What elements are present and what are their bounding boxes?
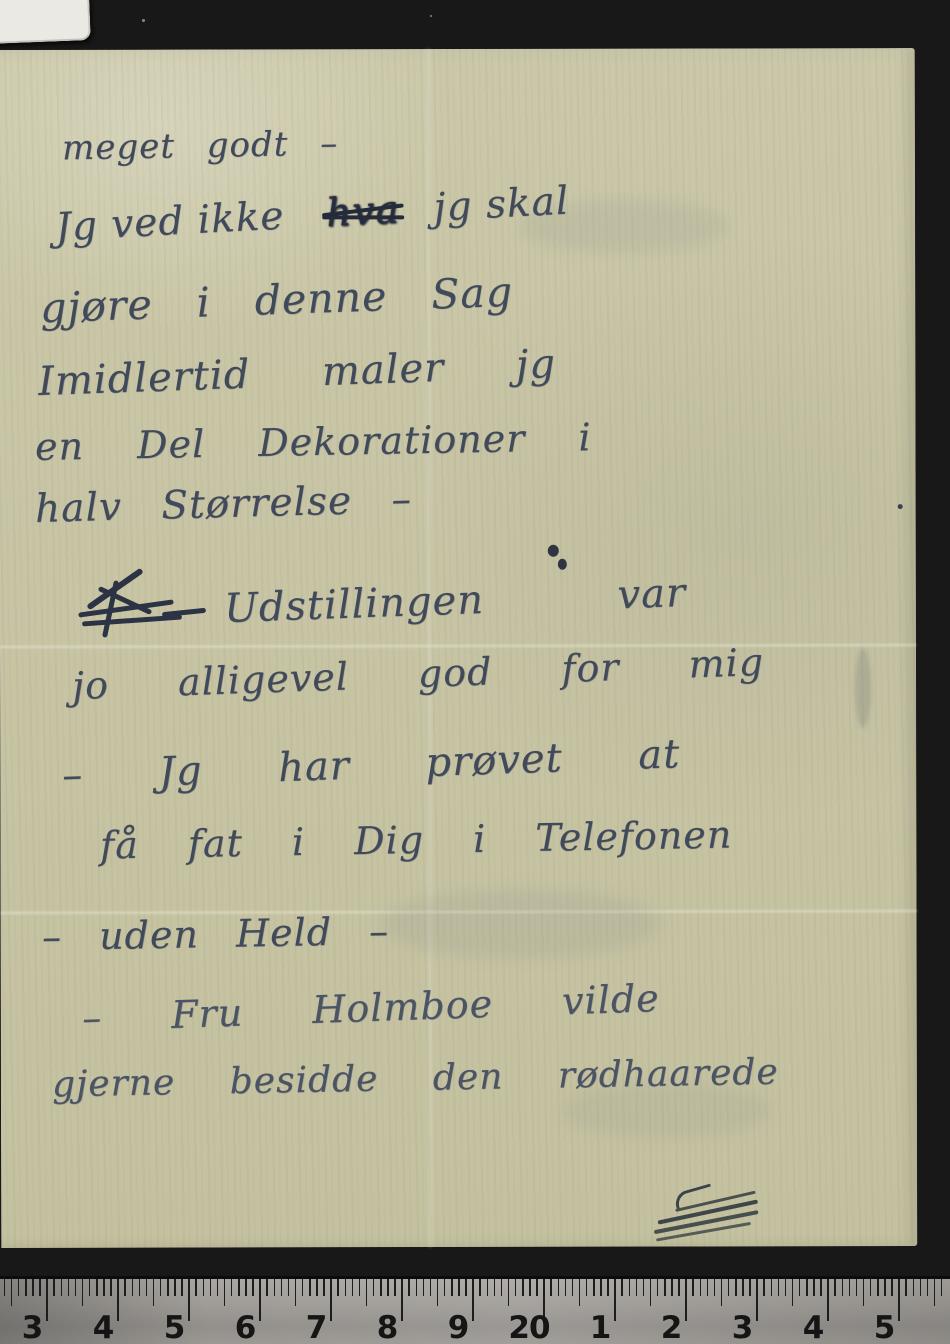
ruler-tick [799,1279,801,1296]
ruler-tick [160,1279,162,1296]
ruler-tick [53,1279,55,1296]
handwritten-text: – uden Held – [42,909,390,959]
ruler-tick [245,1279,247,1296]
ruler-tick [558,1279,560,1296]
ruler-tick [323,1279,325,1296]
ruler-tick [238,1279,240,1296]
ruler-number: 4 [803,1310,824,1344]
ruler-tick [614,1279,616,1321]
ruler-tick [465,1279,467,1296]
ruler-number: 7 [306,1310,327,1344]
ruler-tick [607,1279,609,1296]
ruler-tick [664,1279,666,1296]
ruler-tick [792,1279,794,1306]
ruler-tick [46,1279,48,1321]
ruler-tick [891,1279,893,1296]
ruler-tick [281,1279,283,1296]
ruler-number: 4 [93,1310,114,1344]
ruler-tick [763,1279,765,1296]
ruler-tick [416,1279,418,1296]
ruler-number: 9 [448,1310,469,1344]
ruler-tick [593,1279,595,1296]
ruler-tick [508,1279,510,1306]
ruler-tick [167,1279,169,1296]
ruler-tick [89,1279,91,1296]
ruler-tick [408,1279,410,1296]
ruler-number: 3 [22,1310,43,1344]
ruler-tick [259,1279,261,1321]
ruler-tick [700,1279,702,1296]
ruler-tick [188,1279,190,1321]
ruler-tick [735,1279,737,1296]
ruler-tick [884,1279,886,1296]
ruler-tick [423,1279,425,1296]
ruler-tick [302,1279,304,1296]
ruler-number: 2 [661,1310,682,1344]
ruler-tick [707,1279,709,1296]
ruler-tick [210,1279,212,1296]
handwritten-text: meget godt – [62,124,339,169]
ruler-tick [842,1279,844,1296]
ruler-tick [472,1279,474,1321]
ruler-tick [132,1279,134,1296]
ruler-tick [749,1279,751,1296]
ruler-tick [295,1279,297,1306]
ruler-tick [920,1279,922,1296]
ruler-tick [650,1279,652,1306]
ruler-tick [25,1279,27,1296]
ruler-tick [203,1279,205,1296]
ruler-number: 20 [508,1310,549,1344]
ruler-tick [366,1279,368,1306]
ruler-tick [629,1279,631,1296]
ruler-tick [494,1279,496,1296]
ruler-tick [813,1279,815,1296]
ruler: 34567892012345 [0,1276,950,1344]
ruler-tick [387,1279,389,1296]
ruler-number: 1 [590,1310,611,1344]
ruler-tick [728,1279,730,1296]
ruler-tick [870,1279,872,1296]
ink-scribble [644,1186,776,1249]
ruler-tick [266,1279,268,1296]
ruler-tick [877,1279,879,1296]
ruler-tick [820,1279,822,1296]
scanned-letter-photo: meget godt – Jg ved ikkehvajg skal gjøre… [0,0,950,1344]
ruler-tick [146,1279,148,1296]
ink-blot [898,504,903,509]
ruler-tick [565,1279,567,1296]
ruler-tick [394,1279,396,1296]
ruler-tick [359,1279,361,1296]
ruler-tick [898,1279,900,1321]
ruler-number: 5 [874,1310,895,1344]
ruler-tick [82,1279,84,1306]
ruler-tick [231,1279,233,1296]
ruler-tick [934,1279,936,1306]
ruler-tick [742,1279,744,1296]
ruler-tick [550,1279,552,1296]
ruler-tick [785,1279,787,1296]
ruler-tick [636,1279,638,1296]
ruler-tick [309,1279,311,1296]
ink-showthrough [381,889,661,960]
ruler-tick [721,1279,723,1306]
ruler-number: 5 [164,1310,185,1344]
handwritten-text: jg skal [432,179,570,231]
ruler-number: 6 [235,1310,256,1344]
ruler-tick [437,1279,439,1306]
ink-blot [558,559,567,570]
ruler-tick [124,1279,126,1296]
ruler-tick [849,1279,851,1296]
ink-scribble [70,570,220,658]
ruler-tick [110,1279,112,1296]
archival-label-card [0,0,91,44]
ruler-tick [68,1279,70,1296]
ruler-tick [501,1279,503,1296]
ruler-tick [373,1279,375,1296]
ruler-tick [671,1279,673,1296]
ruler-tick [174,1279,176,1296]
ruler-tick [181,1279,183,1296]
ruler-tick [941,1279,943,1296]
ruler-tick [75,1279,77,1296]
ruler-tick [330,1279,332,1321]
dust-speck [430,15,432,17]
ruler-number: 8 [377,1310,398,1344]
ruler-tick [834,1279,836,1296]
ruler-tick [32,1279,34,1296]
ruler-tick [856,1279,858,1296]
ruler-tick [217,1279,219,1296]
scribble-stroke [162,608,206,618]
scribble-stroke [656,1222,751,1242]
struck-word: hva [325,187,401,236]
ruler-number: 3 [732,1310,753,1344]
ruler-tick [714,1279,716,1296]
text-line-11: – uden Held – [42,909,390,959]
ruler-tick [195,1279,197,1296]
ruler-tick [4,1279,6,1296]
ruler-tick [756,1279,758,1321]
ruler-tick [139,1279,141,1296]
ruler-tick [905,1279,907,1296]
ruler-tick [117,1279,119,1321]
ruler-tick [863,1279,865,1306]
ruler-tick [316,1279,318,1296]
ruler-tick [224,1279,226,1306]
ruler-tick [692,1279,694,1296]
ruler-tick [927,1279,929,1296]
ruler-tick [515,1279,517,1296]
ruler-tick [18,1279,20,1296]
ruler-tick [778,1279,780,1296]
ruler-tick [288,1279,290,1296]
ruler-tick [61,1279,63,1296]
text-line-1: meget godt – [62,124,339,169]
ruler-tick [380,1279,382,1296]
ruler-tick [536,1279,538,1296]
ruler-tick [657,1279,659,1296]
ruler-tick [337,1279,339,1296]
ruler-tick [579,1279,581,1306]
ruler-tick [643,1279,645,1296]
ruler-tick [586,1279,588,1296]
ruler-tick [487,1279,489,1296]
ink-blot [548,545,559,557]
ruler-tick [913,1279,915,1296]
ruler-tick [39,1279,41,1296]
ruler-tick [444,1279,446,1296]
ruler-tick [345,1279,347,1296]
ruler-tick [103,1279,105,1296]
ruler-tick [600,1279,602,1296]
dust-speck [142,19,145,22]
ruler-tick [458,1279,460,1296]
ruler-tick [827,1279,829,1321]
ruler-tick [352,1279,354,1296]
ruler-tick [252,1279,254,1296]
ruler-tick [678,1279,680,1296]
ruler-tick [685,1279,687,1321]
ruler-tick [806,1279,808,1296]
ruler-tick [451,1279,453,1296]
ruler-tick [401,1279,403,1321]
ruler-tick [153,1279,155,1306]
ruler-tick [11,1279,13,1306]
ruler-tick [522,1279,524,1296]
ruler-tick [771,1279,773,1296]
ruler-tick [430,1279,432,1296]
ruler-tick [529,1279,531,1296]
ruler-tick [96,1279,98,1296]
ink-smudge [855,648,871,728]
ruler-tick [274,1279,276,1296]
ruler-tick [479,1279,481,1296]
ruler-tick [572,1279,574,1296]
ruler-tick [621,1279,623,1296]
